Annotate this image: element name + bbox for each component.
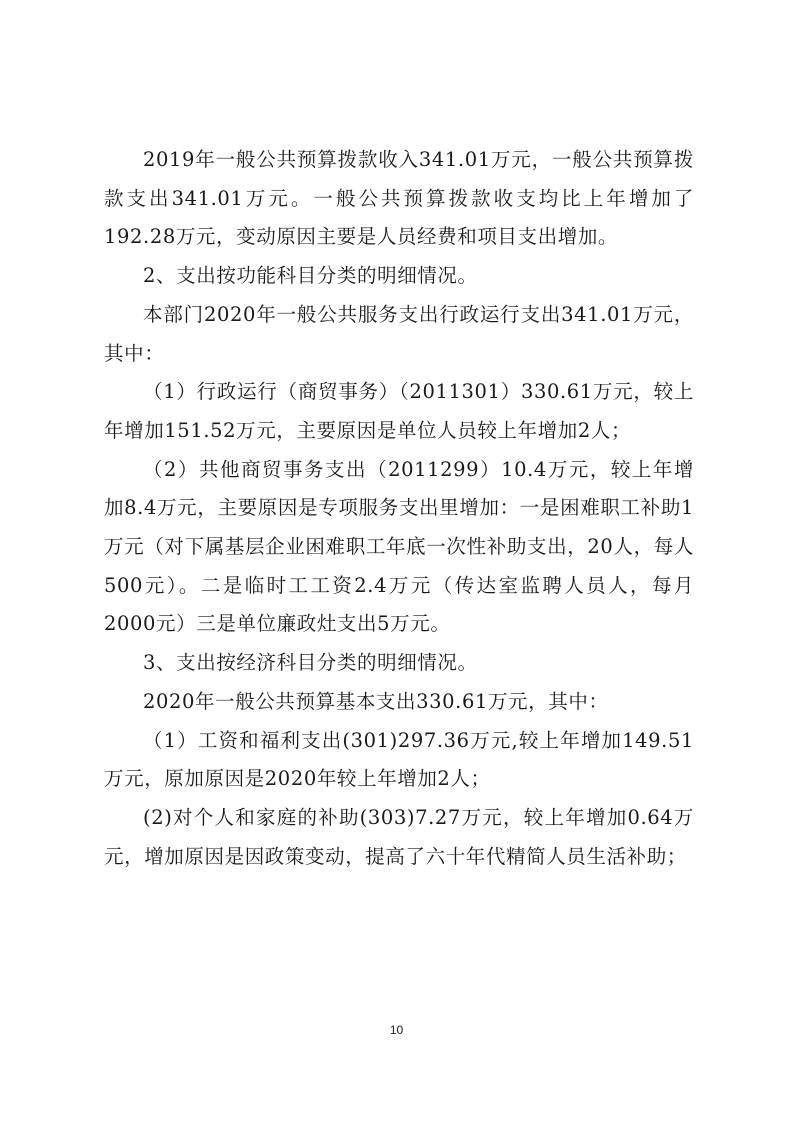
section-heading-functional-classification: 2、支出按功能科目分类的明细情况。: [104, 257, 694, 296]
section-heading-economic-classification: 3、支出按经济科目分类的明细情况。: [104, 644, 694, 683]
paragraph-budget-summary: 2019年一般公共预算拨款收入341.01万元，一般公共预算拨款支出341.01…: [104, 141, 694, 257]
paragraph-item-wages-benefits: （1）工资和福利支出(301)297.36万元,较上年增加149.51万元，原加…: [104, 722, 694, 799]
paragraph-item-admin-operation: （1）行政运行（商贸事务）（2011301）330.61万元，较上年增加151.…: [104, 373, 694, 450]
document-page: 2019年一般公共预算拨款收入341.01万元，一般公共预算拨款支出341.01…: [0, 0, 793, 1122]
paragraph-admin-operation-total: 本部门2020年一般公共服务支出行政运行支出341.01万元，其中：: [104, 296, 694, 373]
page-number: 10: [0, 1023, 793, 1037]
paragraph-item-household-subsidy: (2)对个人和家庭的补助(303)7.27万元，较上年增加0.64万元，增加原因…: [104, 799, 694, 876]
document-body: 2019年一般公共预算拨款收入341.01万元，一般公共预算拨款支出341.01…: [104, 141, 694, 876]
paragraph-basic-expenditure-total: 2020年一般公共预算基本支出330.61万元，其中：: [104, 683, 694, 722]
paragraph-item-other-commerce: （2）共他商贸事务支出（2011299）10.4万元，较上年增加8.4万元，主要…: [104, 451, 694, 645]
